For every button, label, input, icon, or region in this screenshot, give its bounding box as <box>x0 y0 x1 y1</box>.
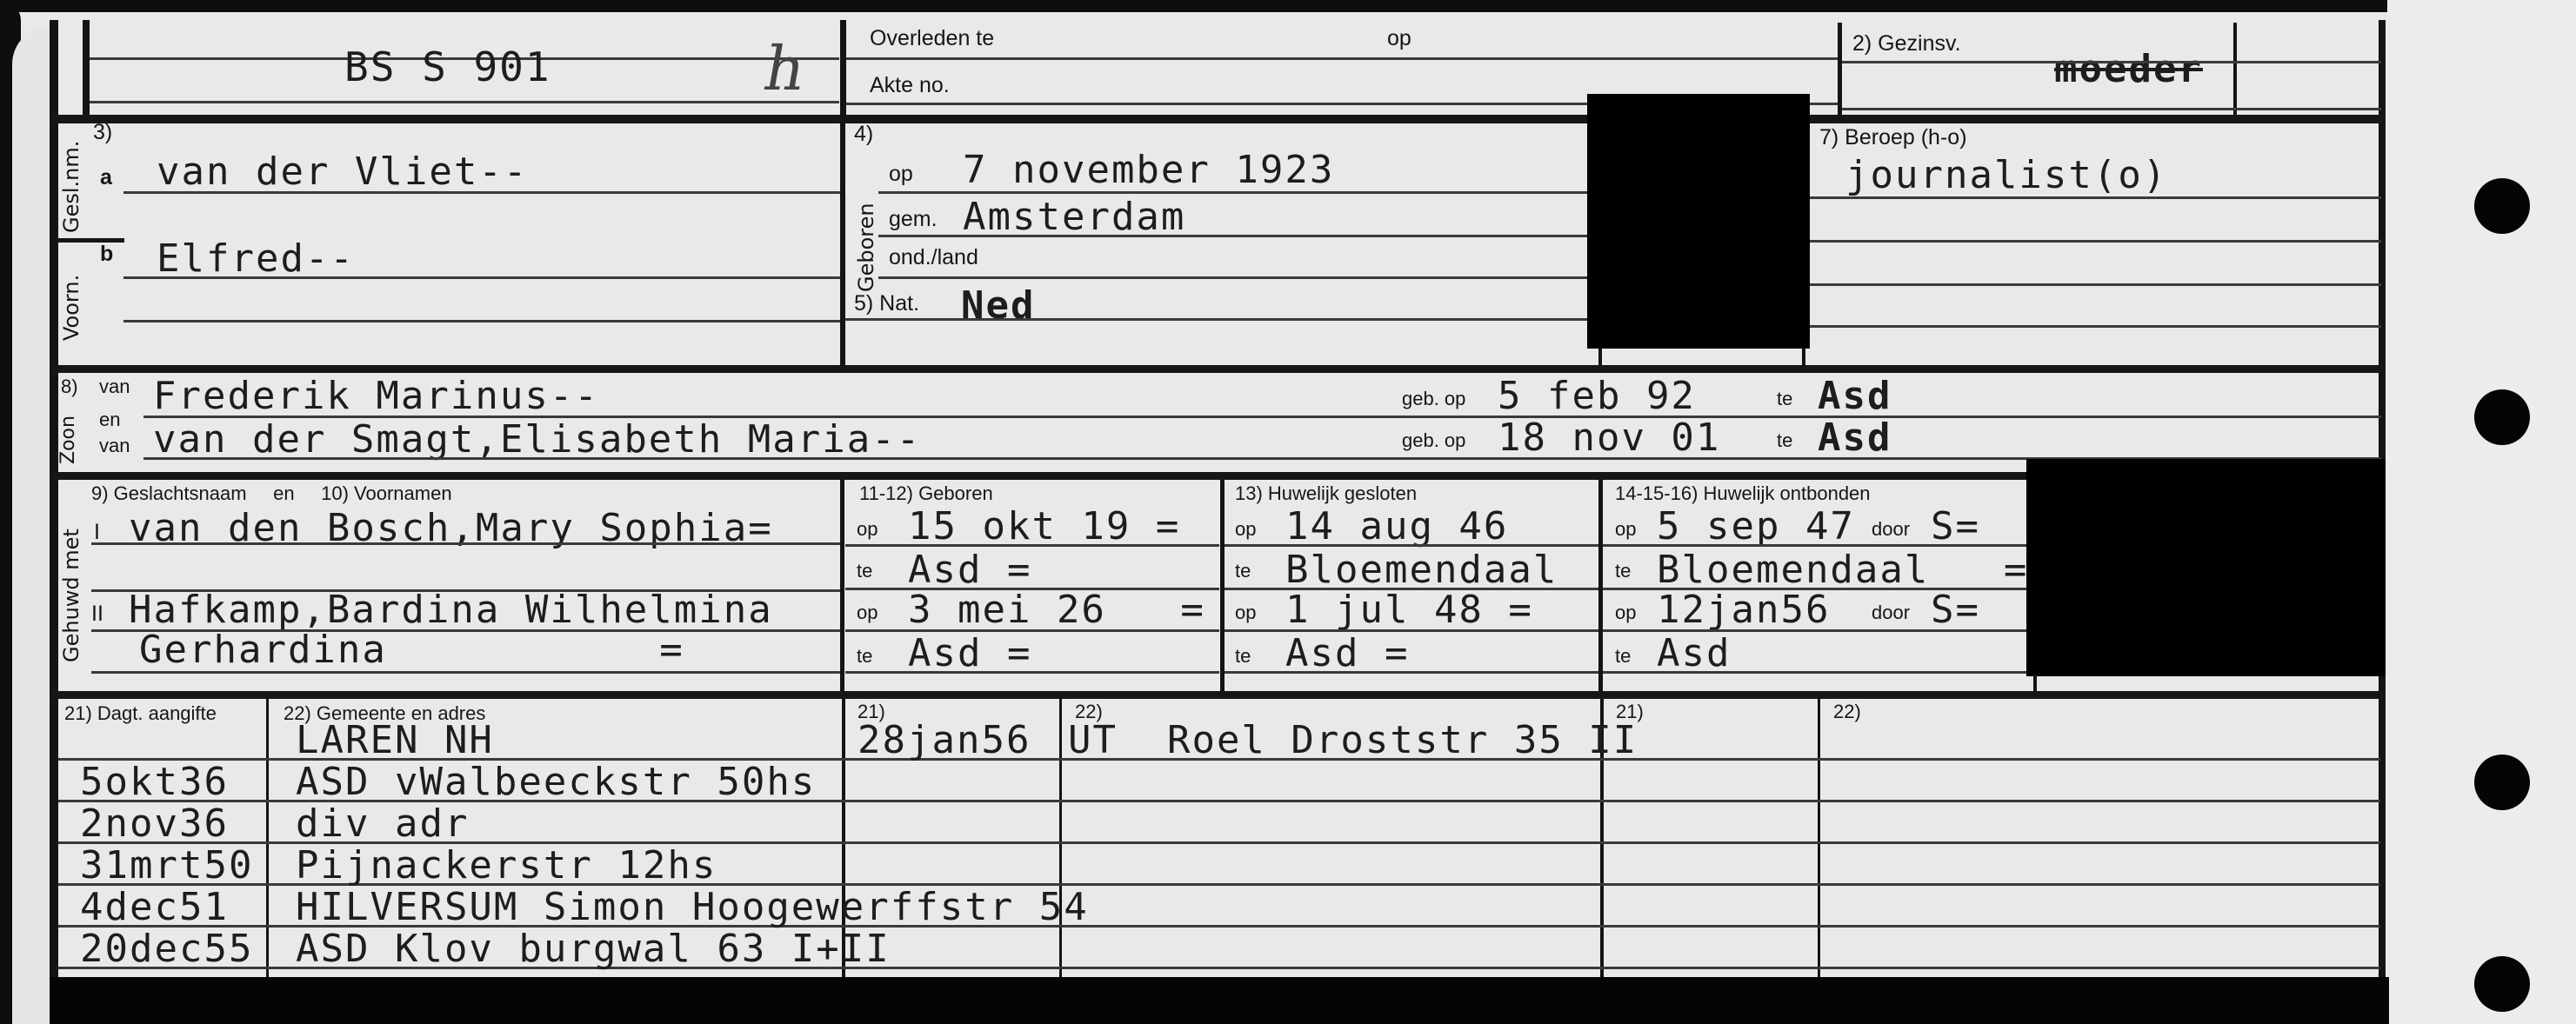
m1-married-on: 14 aug 46 <box>1285 504 1508 549</box>
header-line-2 <box>90 101 839 103</box>
birth-date-label: op <box>889 162 913 187</box>
rule-person-bottom <box>50 365 2386 373</box>
family-role-right-divider <box>2233 23 2237 118</box>
rule-header-bottom <box>50 115 2386 123</box>
firstname-line <box>123 276 840 279</box>
family-role-label: 2) Gezinsv. <box>1852 31 1961 57</box>
address-divider-col2-date <box>1059 699 1062 977</box>
family-line-1 <box>1842 61 2381 63</box>
address-row-4-date: 31mrt50 <box>80 843 253 888</box>
father-birth-place: Asd <box>1818 374 1892 418</box>
archive-code: BS S 901 <box>344 43 551 90</box>
surname-line <box>123 191 840 194</box>
marriage-2-name-line-2 <box>91 671 840 674</box>
family-role-value: moeder <box>2054 47 2203 91</box>
m2-married-on-label: op <box>1235 602 1256 624</box>
address-col2-row-1-date: 28jan56 <box>858 718 1031 762</box>
died-in-label: Overleden te <box>870 26 994 51</box>
surname-value: van der Vliet-- <box>157 150 528 194</box>
punch-strip <box>2387 0 2576 1024</box>
m1-dissolved-on-label: op <box>1615 518 1636 541</box>
mother-birth-place: Asd <box>1818 416 1892 460</box>
m1-born-line <box>845 544 1219 547</box>
m2-dissolved-on-label: op <box>1615 602 1636 624</box>
m2-married-in-line <box>1225 671 1598 674</box>
father-in-label: te <box>1777 388 1792 410</box>
m1-born-on-label: op <box>857 518 878 541</box>
born-header: 11-12) Geboren <box>859 482 993 505</box>
m1-dissolved-on: 5 sep 47 <box>1657 504 1855 549</box>
m2-born-on: 3 mei 26 = <box>908 588 1205 632</box>
header-left-stub <box>83 20 90 116</box>
m1-married-on-label: op <box>1235 518 1256 541</box>
m2-married-in-label: te <box>1235 645 1251 668</box>
mother-name: van der Smagt,Elisabeth Maria-- <box>153 417 921 462</box>
occupation-line-2 <box>1810 240 2381 243</box>
m2-married-on: 1 jul 48 = <box>1285 588 1533 632</box>
dissolved-header: 14-15-16) Huwelijk ontbonden <box>1615 482 1871 505</box>
marriage-2-name: Hafkamp,Bardina Wilhelmina <box>129 588 773 632</box>
m1-married-in-label: te <box>1235 560 1251 582</box>
birth-country-label: ond./land <box>889 245 978 270</box>
birth-country-line <box>878 276 1587 279</box>
nationality-label: 5) Nat. <box>854 291 919 316</box>
punch-hole <box>2474 755 2530 810</box>
occupation-value: journalist(o) <box>1845 153 2167 197</box>
m1-dissolved-by-label: door <box>1872 518 1910 541</box>
name-split-line <box>55 238 124 243</box>
and-label: en <box>99 409 120 431</box>
died-on-label: op <box>1387 26 1411 51</box>
mother-in-label: te <box>1777 429 1792 452</box>
surname-side-label: Gesl.nm. <box>59 141 83 233</box>
birth-municipality-label: gem. <box>889 207 938 232</box>
birth-side-label: Geboren <box>854 203 878 292</box>
redacted-block <box>2026 459 2386 676</box>
father-birth-date: 5 feb 92 <box>1498 374 1696 418</box>
address-row-1-address: LAREN NH <box>296 718 494 762</box>
birth-divider <box>840 122 845 367</box>
firstname-value: Elfred-- <box>157 236 355 281</box>
m1-dissolved-by: S= <box>1931 504 1980 549</box>
m1-born-in: Asd = <box>908 548 1031 592</box>
father-name: Frederik Marinus-- <box>153 374 599 418</box>
died-line <box>846 57 1838 60</box>
marriage-2-numeral: II <box>91 602 103 627</box>
firstname-letter: b <box>100 242 113 267</box>
address-divider-date <box>266 699 269 977</box>
mother-prefix: van <box>99 435 130 457</box>
surname-letter: a <box>100 165 112 190</box>
marriage-col-divider-2 <box>1220 480 1225 692</box>
address-row-5-date: 4dec51 <box>80 885 229 929</box>
family-role-divider <box>1838 23 1842 120</box>
card-top-edge <box>0 0 2576 12</box>
occupation-line-4 <box>1810 325 2381 328</box>
card-left-paper <box>12 26 50 1024</box>
address-row-5-address: HILVERSUM Simon Hoogewerffstr 54 <box>296 885 1089 929</box>
deed-no-label: Akte no. <box>870 73 950 98</box>
m1-married-line <box>1225 544 1598 547</box>
punch-hole <box>2474 956 2530 1012</box>
m2-born-in: Asd = <box>908 631 1031 675</box>
address-row-6-address: ASD Klov burgwal 63 I+II <box>296 927 891 971</box>
address-row-4-address: Pijnackerstr 12hs <box>296 843 717 888</box>
occupation-label: 7) Beroep (h-o) <box>1819 125 1967 150</box>
birth-municipality-line <box>878 235 1587 237</box>
family-line-2 <box>1842 108 2381 110</box>
address-row-2-date: 5okt36 <box>80 760 229 804</box>
m2-born-on-label: op <box>857 602 878 624</box>
bottom-redaction-bar <box>50 977 2389 1024</box>
photo-stub-line <box>1802 348 1805 367</box>
address-row-3-address: div adr <box>296 801 469 846</box>
m1-dissolved-in-label: te <box>1615 560 1631 582</box>
nationality-line <box>845 318 1589 321</box>
marriage-col-divider-1 <box>840 480 844 692</box>
m1-dissolved-line <box>1603 544 2029 547</box>
birth-date-value: 7 november 1923 <box>963 148 1334 192</box>
m1-born-in-label: te <box>857 560 872 582</box>
married-header: 13) Huwelijk gesloten <box>1235 482 1417 505</box>
marriages-side-label: Gehuwd met <box>59 529 83 662</box>
m2-dissolved-by: S= <box>1931 588 1980 632</box>
occupation-line-3 <box>1810 283 2381 286</box>
m2-born-in-line <box>845 671 1219 674</box>
m2-married-line <box>1225 629 1598 632</box>
address-col2-row-1-address: UT Roel Droststr 35 II <box>1068 718 1638 762</box>
m2-dissolved-in-label: te <box>1615 645 1631 668</box>
birth-date-line <box>878 191 1587 194</box>
m2-born-line <box>845 629 1219 632</box>
mother-born-label: geb. op <box>1402 429 1465 452</box>
father-prefix: van <box>99 376 130 398</box>
address-date-header: 21) Dagt. aangifte <box>64 702 217 725</box>
parents-section-number: 8) <box>61 376 78 398</box>
punch-hole <box>2474 389 2530 445</box>
birth-municipality-value: Amsterdam <box>963 195 1185 239</box>
m1-dissolved-in: Bloemendaal = <box>1657 548 2028 592</box>
m1-married-in: Bloemendaal <box>1285 548 1558 592</box>
firstname-line-2 <box>123 320 840 322</box>
marriage-1-numeral: I <box>94 520 100 545</box>
firstname-side-label: Voorn. <box>59 275 83 341</box>
address-col3-header: 22) <box>1833 701 1861 723</box>
nationality-value: Ned <box>961 283 1035 328</box>
names-header: 9) Geslachtsnaam en 10) Voornamen <box>91 482 452 505</box>
m1-born-on: 15 okt 19 = <box>908 504 1180 549</box>
m2-dissolved-by-label: door <box>1872 602 1910 624</box>
m2-dissolved-on: 12jan56 <box>1657 588 1830 632</box>
address-row-3-date: 2nov36 <box>80 801 229 846</box>
redacted-stub-line <box>2033 675 2037 694</box>
frame-left-border <box>50 20 58 977</box>
redacted-block <box>1587 94 1810 349</box>
mother-birth-date: 18 nov 01 <box>1498 416 1720 460</box>
marriage-1-name-line <box>91 542 840 545</box>
m2-married-in: Asd = <box>1285 631 1409 675</box>
m2-dissolved-in-line <box>1603 671 2029 674</box>
parents-side-label: Zoon <box>57 416 79 464</box>
marriage-col-divider-3 <box>1598 480 1603 692</box>
punch-hole <box>2474 178 2530 234</box>
address-row-6-date: 20dec55 <box>80 927 253 971</box>
birth-section-number: 4) <box>854 122 873 147</box>
address-divider-col3-date <box>1818 699 1820 977</box>
m2-born-in-label: te <box>857 645 872 668</box>
marriage-2-name-cont: Gerhardina = <box>139 628 684 672</box>
person-section-number: 3) <box>93 120 112 145</box>
occupation-line-1 <box>1810 196 2381 199</box>
header-divider <box>840 20 846 117</box>
photo-stub-line <box>1598 348 1602 367</box>
address-row-2-address: ASD vWalbeeckstr 50hs <box>296 760 816 804</box>
father-born-label: geb. op <box>1402 388 1465 410</box>
